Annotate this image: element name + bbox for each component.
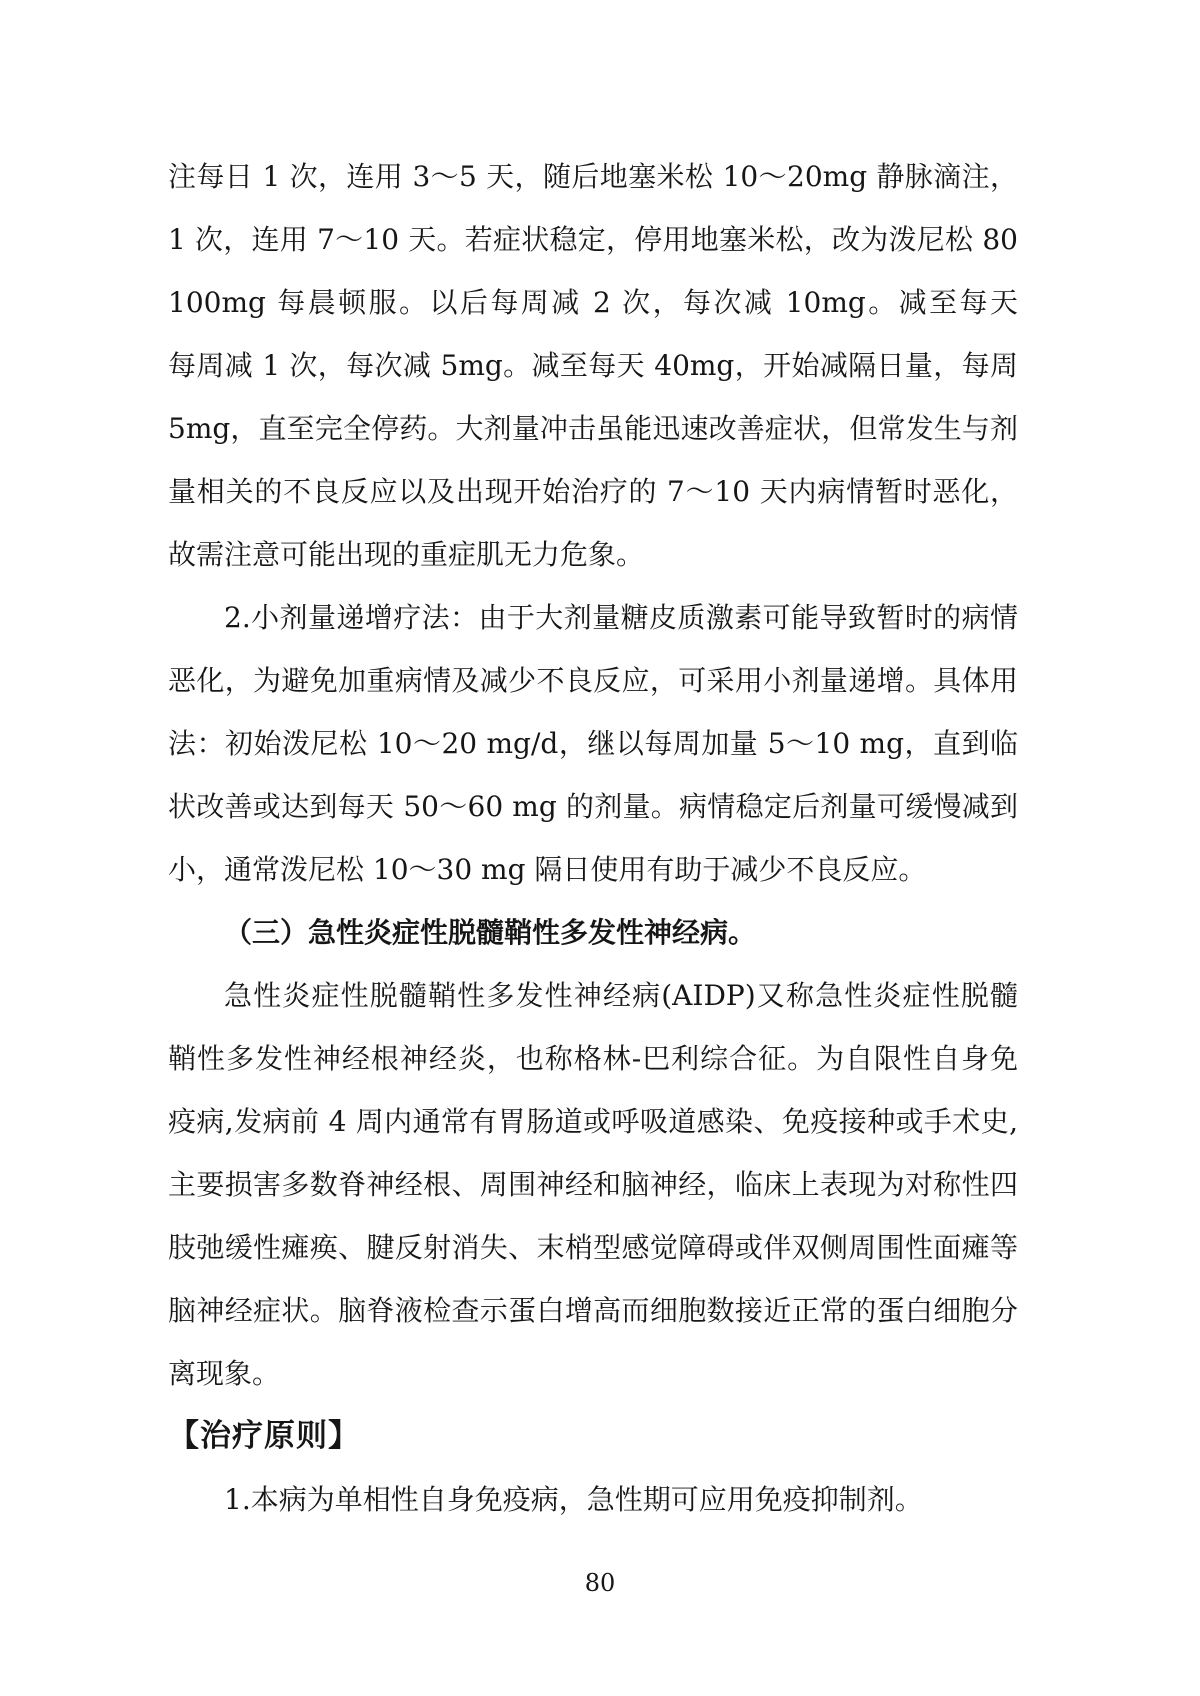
body-text-line: 每周减 1 次，每次减 5mg。减至每天 40mg，开始减隔日量，每周减 — [168, 334, 1018, 397]
body-text-line: 100mg 每晨顿服。以后每周减 2 次，每次减 10mg。减至每天 60mg … — [168, 271, 1018, 334]
body-text-line: 恶化，为避免加重病情及减少不良反应，可采用小剂量递增。具体用 — [168, 649, 1018, 712]
body-text-line: 疫病,发病前 4 周内通常有胃肠道或呼吸道感染、免疫接种或手术史, — [168, 1090, 1018, 1153]
page-number: 80 — [0, 1565, 1200, 1601]
body-text-line: 急性炎症性脱髓鞘性多发性神经病(AIDP)又称急性炎症性脱髓 — [168, 964, 1018, 1027]
body-text-line: 法：初始泼尼松 10～20 mg/d，继以每周加量 5～10 mg，直到临床症 — [168, 712, 1018, 775]
body-text-line: 故需注意可能出现的重症肌无力危象。 — [168, 523, 1018, 586]
body-text-line: 主要损害多数脊神经根、周围神经和脑神经，临床上表现为对称性四 — [168, 1153, 1018, 1216]
body-text-line: 状改善或达到每天 50～60 mg 的剂量。病情稳定后剂量可缓慢减到最 — [168, 775, 1018, 838]
document-page: 注每日 1 次，连用 3～5 天，随后地塞米松 10～20mg 静脉滴注，每日 … — [0, 0, 1200, 1696]
body-text-line: 离现象。 — [168, 1342, 1018, 1405]
body-text-line: 肢弛缓性瘫痪、腱反射消失、末梢型感觉障碍或伴双侧周围性面瘫等 — [168, 1216, 1018, 1279]
treatment-principles-heading: 【治疗原则】 — [168, 1405, 1018, 1468]
body-text-line: 2.小剂量递增疗法：由于大剂量糖皮质激素可能导致暂时的病情 — [168, 586, 1018, 649]
body-text-line: 注每日 1 次，连用 3～5 天，随后地塞米松 10～20mg 静脉滴注，每日 — [168, 145, 1018, 208]
body-text-line: 鞘性多发性神经根神经炎，也称格林-巴利综合征。为自限性自身免 — [168, 1027, 1018, 1090]
body-text-line: 小，通常泼尼松 10～30 mg 隔日使用有助于减少不良反应。 — [168, 838, 1018, 901]
body-text-line: 脑神经症状。脑脊液检查示蛋白增高而细胞数接近正常的蛋白细胞分 — [168, 1279, 1018, 1342]
body-text-line: 量相关的不良反应以及出现开始治疗的 7～10 天内病情暂时恶化， — [168, 460, 1018, 523]
body-text-line: 1 次，连用 7～10 天。若症状稳定，停用地塞米松，改为泼尼松 80～ — [168, 208, 1018, 271]
section-heading: （三）急性炎症性脱髓鞘性多发性神经病。 — [168, 901, 1018, 964]
body-text-line: 1.本病为单相性自身免疫病，急性期可应用免疫抑制剂。 — [168, 1468, 1018, 1531]
page-text-block: 注每日 1 次，连用 3～5 天，随后地塞米松 10～20mg 静脉滴注，每日 … — [168, 145, 1018, 1531]
body-text-line: 5mg，直至完全停药。大剂量冲击虽能迅速改善症状，但常发生与剂 — [168, 397, 1018, 460]
